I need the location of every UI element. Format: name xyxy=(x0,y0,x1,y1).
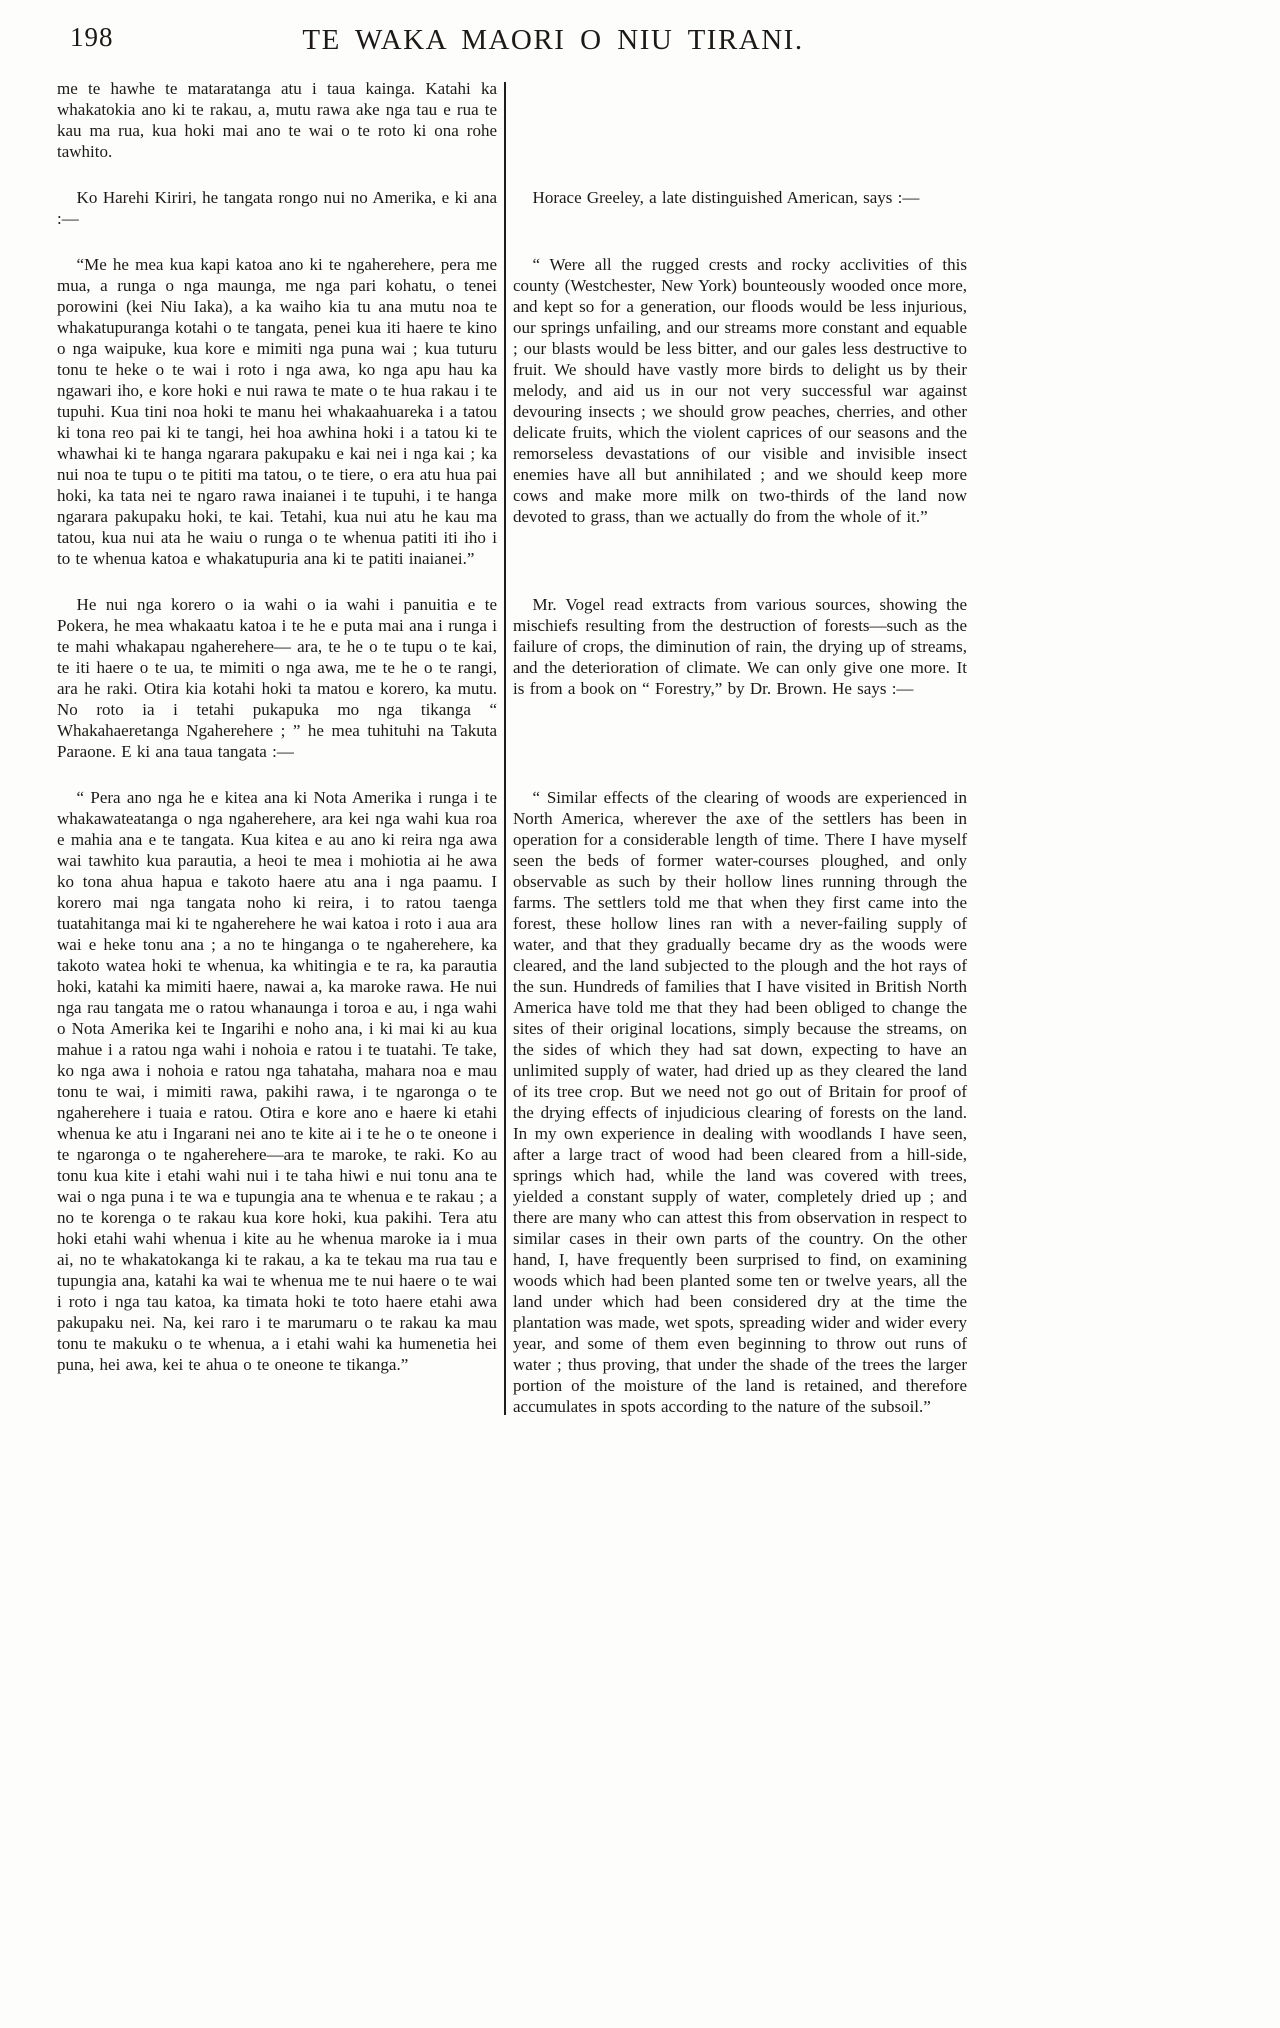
column-divider-rule xyxy=(504,82,506,1415)
right-column-cell: Mr. Vogel read extracts from various sou… xyxy=(513,594,967,762)
maori-paragraph: me te hawhe te mataratanga atu i taua ka… xyxy=(57,78,497,162)
maori-paragraph: “Me he mea kua kapi katoa ano ki te ngah… xyxy=(57,254,497,569)
english-paragraph: “ Similar effects of the clearing of woo… xyxy=(513,787,967,1417)
english-paragraph: Horace Greeley, a late distinguished Ame… xyxy=(513,187,967,208)
page-title: TE WAKA MAORI O NIU TIRANI. xyxy=(99,20,1007,57)
right-column-cell: “ Similar effects of the clearing of woo… xyxy=(513,787,967,1417)
newspaper-page: 198 TE WAKA MAORI O NIU TIRANI. me te ha… xyxy=(57,20,965,1417)
maori-paragraph: He nui nga korero o ia wahi o ia wahi i … xyxy=(57,594,497,762)
english-paragraph: Mr. Vogel read extracts from various sou… xyxy=(513,594,967,699)
left-column-cell: Ko Harehi Kiriri, he tangata rongo nui n… xyxy=(57,187,497,229)
left-column-cell: “ Pera ano nga he e kitea ana ki Nota Am… xyxy=(57,787,497,1417)
maori-paragraph: Ko Harehi Kiriri, he tangata rongo nui n… xyxy=(57,187,497,229)
maori-paragraph: “ Pera ano nga he e kitea ana ki Nota Am… xyxy=(57,787,497,1375)
two-column-text-block: me te hawhe te mataratanga atu i taua ka… xyxy=(57,78,965,1417)
left-column-cell: me te hawhe te mataratanga atu i taua ka… xyxy=(57,78,497,162)
right-column-cell: “ Were all the rugged crests and rocky a… xyxy=(513,254,967,569)
left-column-cell: “Me he mea kua kapi katoa ano ki te ngah… xyxy=(57,254,497,569)
page-header: 198 TE WAKA MAORI O NIU TIRANI. xyxy=(57,20,965,62)
left-column-cell: He nui nga korero o ia wahi o ia wahi i … xyxy=(57,594,497,762)
english-paragraph: “ Were all the rugged crests and rocky a… xyxy=(513,254,967,527)
right-column-cell: Horace Greeley, a late distinguished Ame… xyxy=(513,187,967,229)
